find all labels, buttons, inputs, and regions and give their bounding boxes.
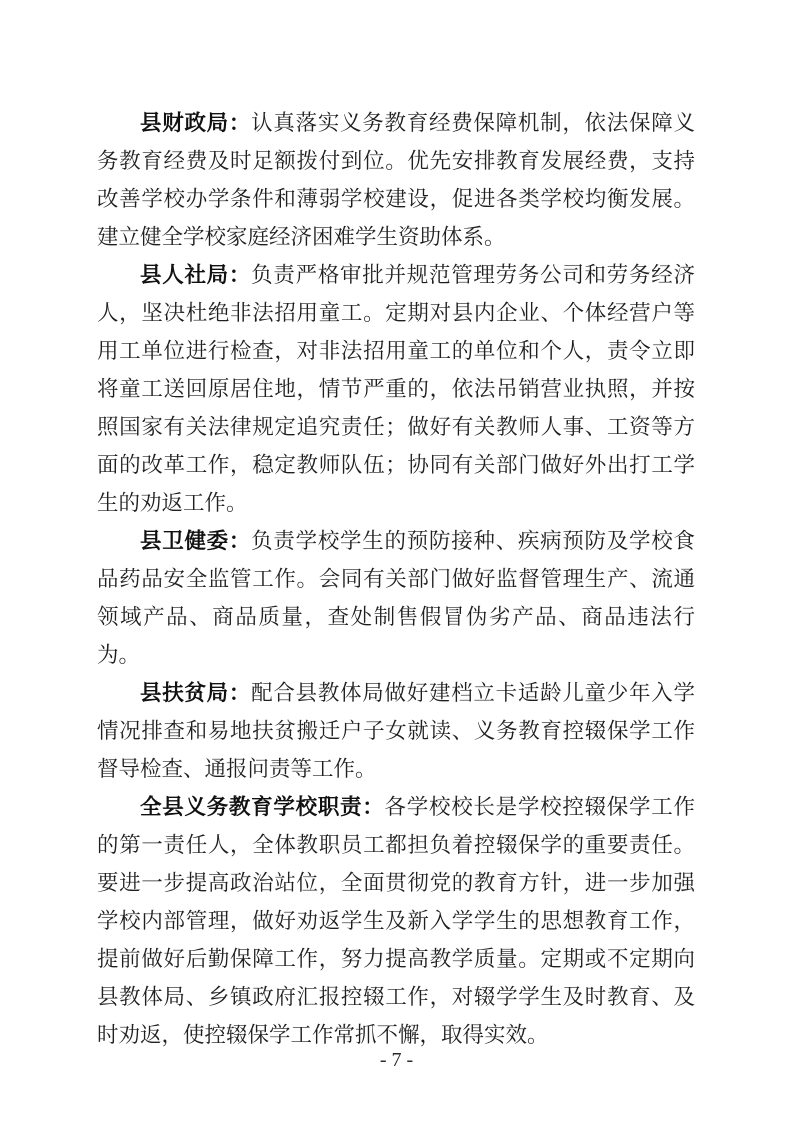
paragraph-hr-social-security-bureau: 县人社局：负责严格审批并规范管理劳务公司和劳务经济人，坚决杜绝非法招用童工。定期… [97,256,695,522]
paragraph-text: 各学校校长是学校控辍保学工作的第一责任人，全体教职员工都担负着控辍保学的重要责任… [97,795,695,1047]
paragraph-text: 负责严格审批并规范管理劳务公司和劳务经济人，坚决杜绝非法招用童工。定期对县内企业… [97,263,695,515]
paragraph-poverty-alleviation-bureau: 县扶贫局：配合县教体局做好建档立卡适龄儿童少年入学情况排查和易地扶贫搬迁户子女就… [97,674,695,788]
org-heading: 全县义务教育学校职责： [140,795,385,819]
page-number: - 7 - [380,1049,413,1071]
document-page: 县财政局：认真落实义务教育经费保障机制，依法保障义务教育经费及时足额拨付到位。优… [0,0,793,1122]
org-heading: 县财政局： [140,111,251,135]
org-heading: 县扶贫局： [140,681,251,705]
paragraph-finance-bureau: 县财政局：认真落实义务教育经费保障机制，依法保障义务教育经费及时足额拨付到位。优… [97,104,695,256]
page-footer: - 7 - [0,1048,793,1072]
org-heading: 县卫健委： [140,529,251,553]
document-body: 县财政局：认真落实义务教育经费保障机制，依法保障义务教育经费及时足额拨付到位。优… [97,104,695,1054]
paragraph-health-commission: 县卫健委：负责学校学生的预防接种、疾病预防及学校食品药品安全监管工作。会同有关部… [97,522,695,674]
org-heading: 县人社局： [140,263,251,287]
paragraph-school-duties: 全县义务教育学校职责：各学校校长是学校控辍保学工作的第一责任人，全体教职员工都担… [97,788,695,1054]
